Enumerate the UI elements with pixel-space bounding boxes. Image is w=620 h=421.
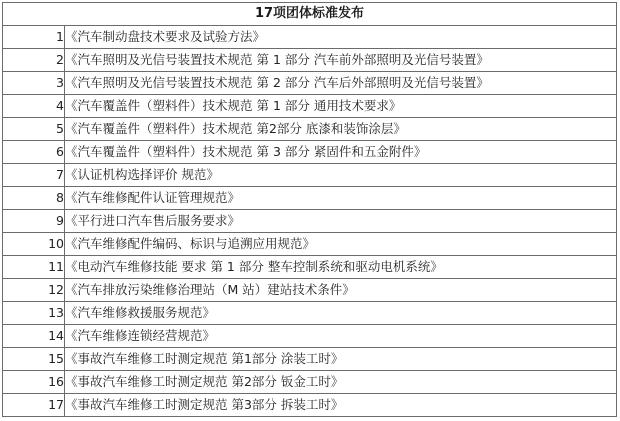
standard-title: 《汽车排放污染维修治理站（M 站）建站技术条件》 [65,279,617,302]
table-row: 2《汽车照明及光信号装置技术规范 第 1 部分 汽车前外部照明及光信号装置》 [3,49,617,72]
row-number: 15 [3,348,65,371]
standard-title: 《事故汽车维修工时测定规范 第2部分 钣金工时》 [65,371,617,394]
standard-title: 《汽车维修配件编码、标识与追溯应用规范》 [65,233,617,256]
standard-title: 《电动汽车维修技能 要求 第 1 部分 整车控制系统和驱动电机系统》 [65,256,617,279]
standard-title: 《汽车维修配件认证管理规范》 [65,187,617,210]
standard-title: 《事故汽车维修工时测定规范 第1部分 涂装工时》 [65,348,617,371]
table-row: 3《汽车照明及光信号装置技术规范 第 2 部分 汽车后外部照明及光信号装置》 [3,72,617,95]
row-number: 2 [3,49,65,72]
table-row: 5《汽车覆盖件（塑料件）技术规范 第2部分 底漆和装饰涂层》 [3,118,617,141]
row-number: 12 [3,279,65,302]
standard-title: 《认证机构选择评价 规范》 [65,164,617,187]
row-number: 7 [3,164,65,187]
table-row: 10《汽车维修配件编码、标识与追溯应用规范》 [3,233,617,256]
row-number: 17 [3,394,65,417]
table-body: 1《汽车制动盘技术要求及试验方法》2《汽车照明及光信号装置技术规范 第 1 部分… [3,26,617,417]
standard-title: 《汽车照明及光信号装置技术规范 第 2 部分 汽车后外部照明及光信号装置》 [65,72,617,95]
row-number: 14 [3,325,65,348]
row-number: 10 [3,233,65,256]
row-number: 1 [3,26,65,49]
row-number: 13 [3,302,65,325]
table-row: 16《事故汽车维修工时测定规范 第2部分 钣金工时》 [3,371,617,394]
table-header-row: 17项团体标准发布 [3,3,617,26]
standard-title: 《汽车维修连锁经营规范》 [65,325,617,348]
table-row: 7《认证机构选择评价 规范》 [3,164,617,187]
table-row: 1《汽车制动盘技术要求及试验方法》 [3,26,617,49]
row-number: 11 [3,256,65,279]
standards-table: 17项团体标准发布 1《汽车制动盘技术要求及试验方法》2《汽车照明及光信号装置技… [2,2,617,417]
row-number: 6 [3,141,65,164]
table-row: 12《汽车排放污染维修治理站（M 站）建站技术条件》 [3,279,617,302]
standard-title: 《汽车制动盘技术要求及试验方法》 [65,26,617,49]
table-row: 15《事故汽车维修工时测定规范 第1部分 涂装工时》 [3,348,617,371]
table-title: 17项团体标准发布 [3,3,617,26]
row-number: 8 [3,187,65,210]
table-row: 11《电动汽车维修技能 要求 第 1 部分 整车控制系统和驱动电机系统》 [3,256,617,279]
table-row: 9《平行进口汽车售后服务要求》 [3,210,617,233]
standard-title: 《汽车照明及光信号装置技术规范 第 1 部分 汽车前外部照明及光信号装置》 [65,49,617,72]
table-row: 13《汽车维修救援服务规范》 [3,302,617,325]
table-row: 8《汽车维修配件认证管理规范》 [3,187,617,210]
row-number: 4 [3,95,65,118]
standard-title: 《汽车覆盖件（塑料件）技术规范 第 1 部分 通用技术要求》 [65,95,617,118]
standard-title: 《汽车维修救援服务规范》 [65,302,617,325]
row-number: 16 [3,371,65,394]
standard-title: 《汽车覆盖件（塑料件）技术规范 第 3 部分 紧固件和五金附件》 [65,141,617,164]
standard-title: 《平行进口汽车售后服务要求》 [65,210,617,233]
row-number: 5 [3,118,65,141]
standard-title: 《汽车覆盖件（塑料件）技术规范 第2部分 底漆和装饰涂层》 [65,118,617,141]
table-row: 14《汽车维修连锁经营规范》 [3,325,617,348]
table-row: 17《事故汽车维修工时测定规范 第3部分 拆装工时》 [3,394,617,417]
standard-title: 《事故汽车维修工时测定规范 第3部分 拆装工时》 [65,394,617,417]
row-number: 9 [3,210,65,233]
table-row: 4《汽车覆盖件（塑料件）技术规范 第 1 部分 通用技术要求》 [3,95,617,118]
row-number: 3 [3,72,65,95]
table-row: 6《汽车覆盖件（塑料件）技术规范 第 3 部分 紧固件和五金附件》 [3,141,617,164]
